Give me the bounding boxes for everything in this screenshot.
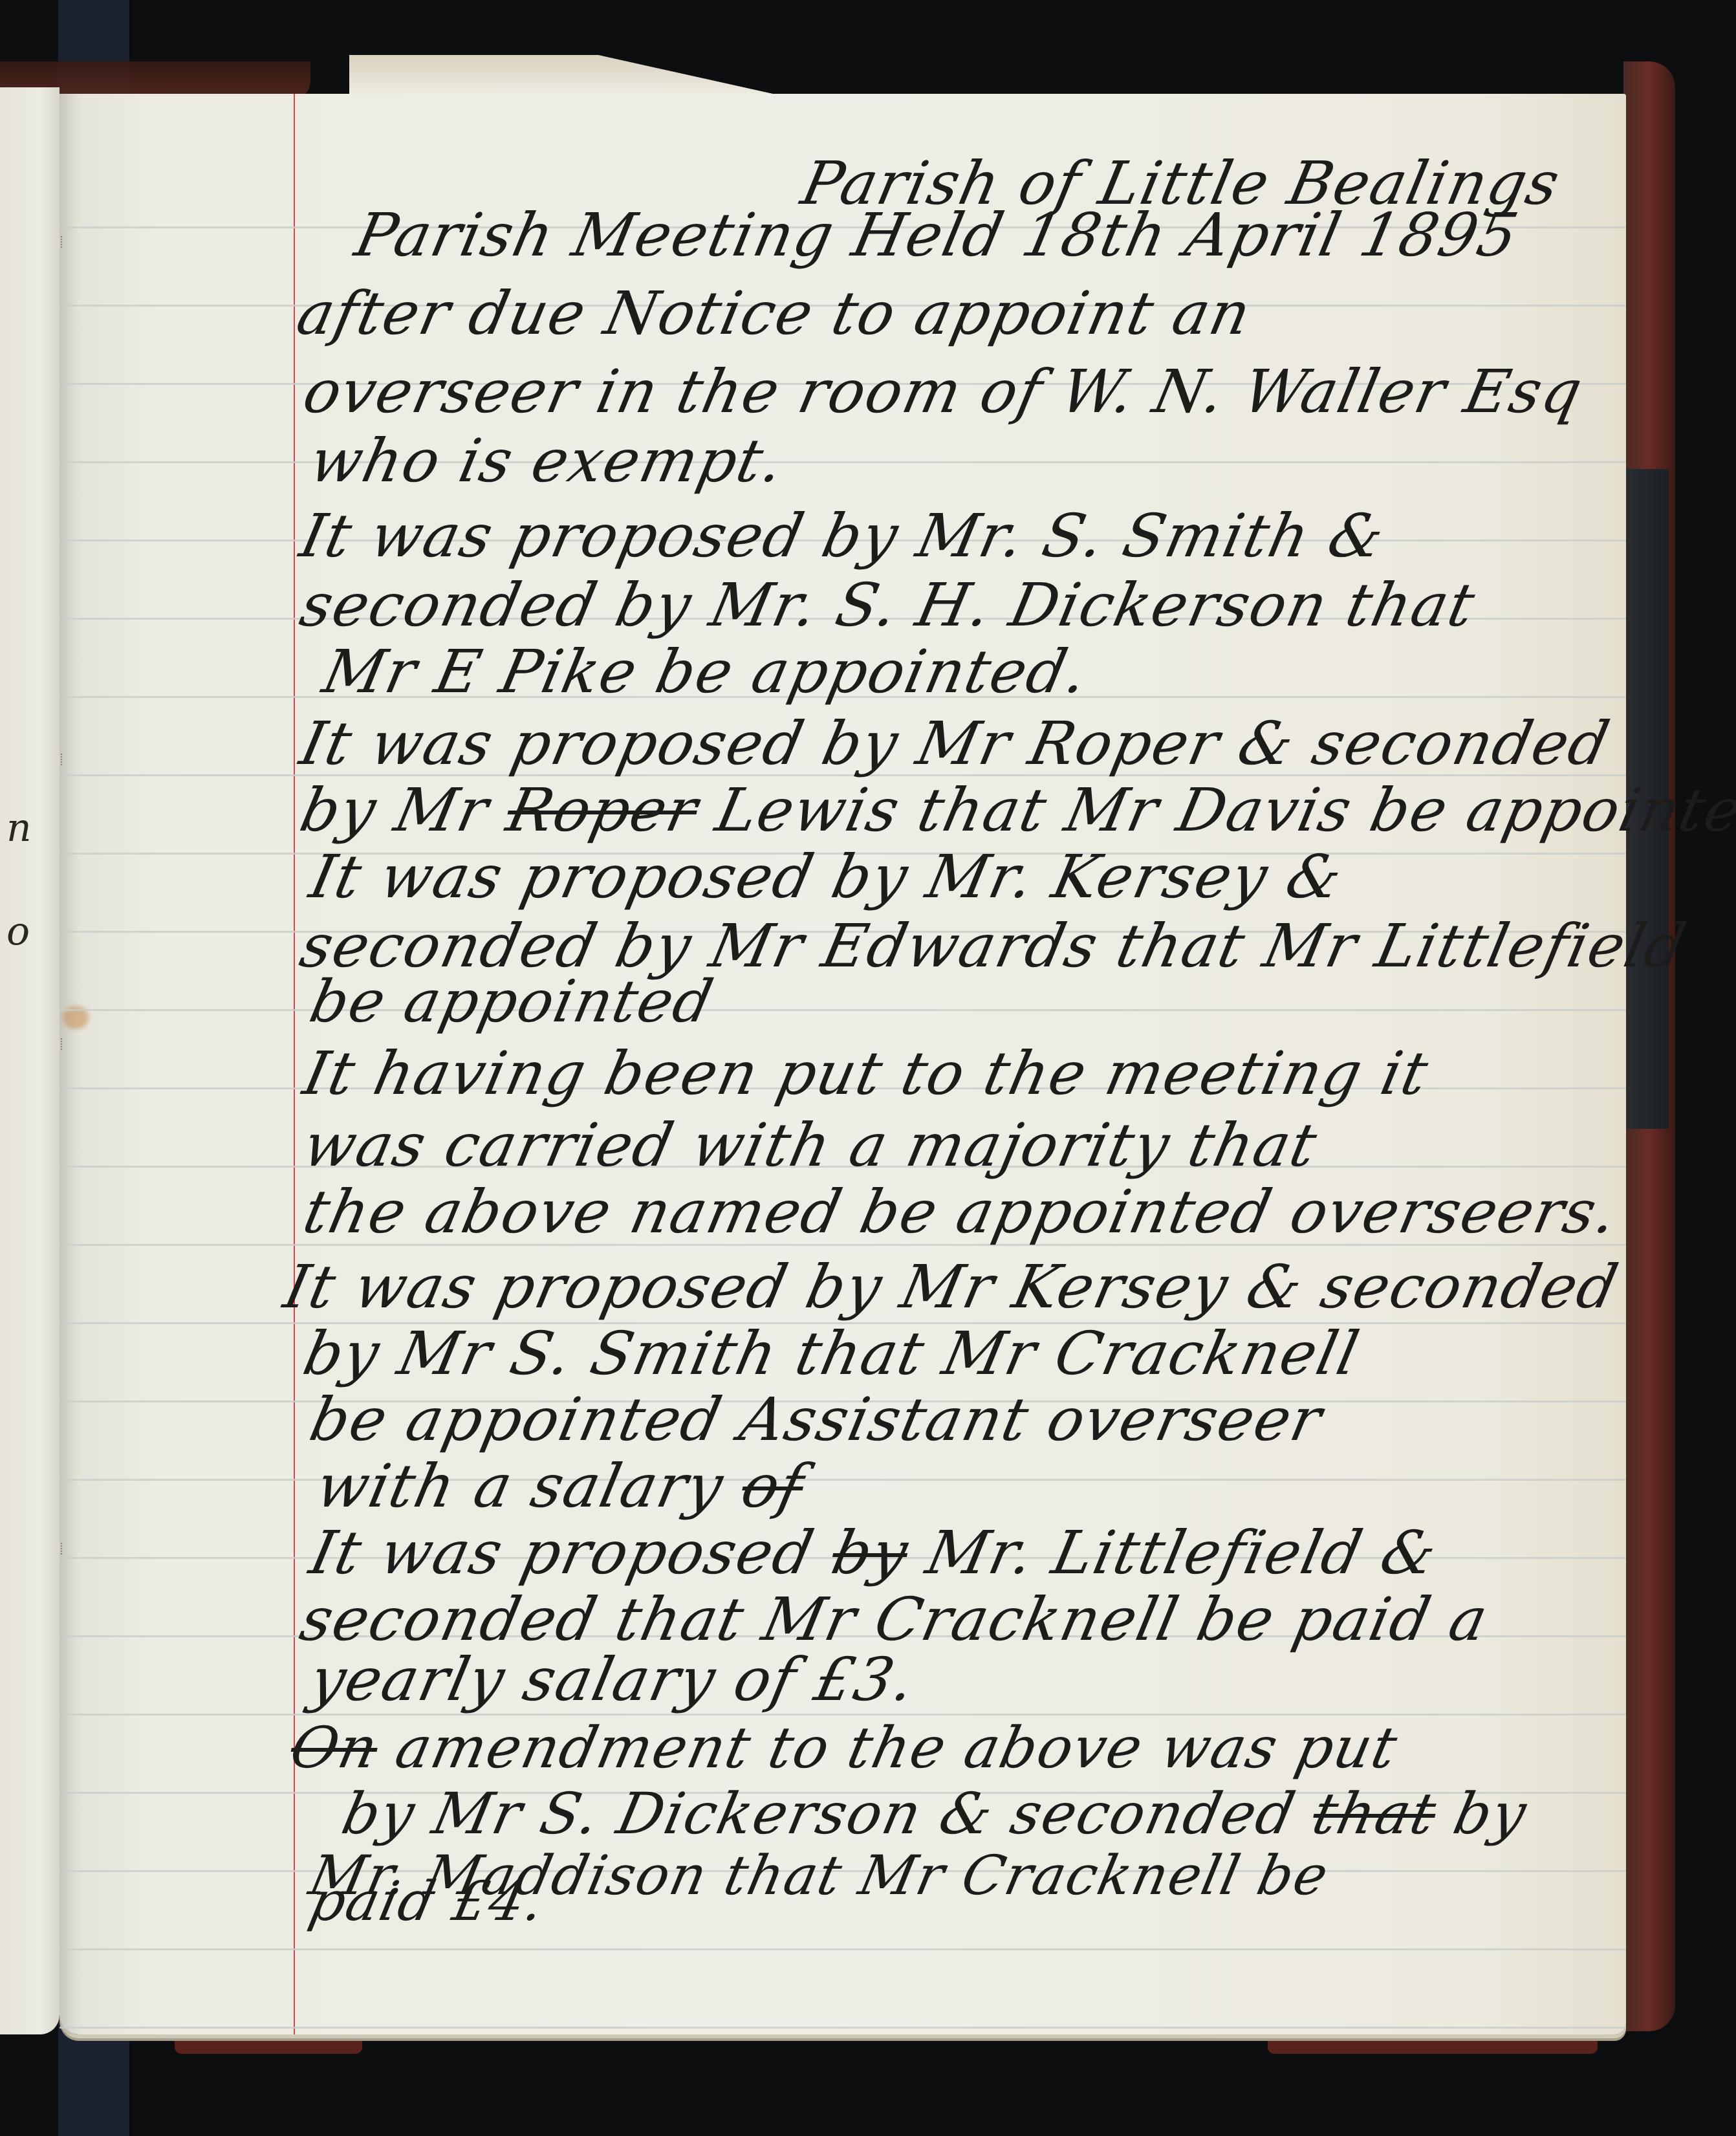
handwritten-line: seconded that Mr Cracknell be paid a <box>294 1585 1495 1654</box>
left-page-fragment: n <box>6 805 32 851</box>
handwritten-line: It was proposed by Mr. Kersey & <box>304 842 1349 911</box>
handwritten-line: by Mr S. Dickerson & seconded that by <box>336 1780 1534 1847</box>
handwritten-text: by Mr <box>294 776 515 845</box>
handwritten-line: Mr E Pike be appointed. <box>317 637 1094 706</box>
struck-through-word: On <box>285 1714 385 1781</box>
struck-through-word: by <box>826 1518 915 1587</box>
handwritten-line: Parish Meeting Held 18th April 1895 <box>349 201 1525 270</box>
ruled-line <box>60 1948 1626 1950</box>
leather-cover-right-edge <box>1623 61 1675 2031</box>
handwritten-line: who is exempt. <box>304 426 790 496</box>
handwritten-text: by <box>1429 1780 1534 1847</box>
binding-stitch <box>61 754 70 765</box>
ruled-line <box>60 1479 1626 1481</box>
handwritten-line: be appointed <box>304 968 720 1036</box>
handwritten-text: It was proposed <box>304 1518 841 1587</box>
handwritten-line: yearly salary of £3. <box>304 1645 922 1714</box>
handwritten-line: It having been put to the meeting it <box>298 1039 1435 1108</box>
handwritten-line: with a salary of <box>310 1452 810 1521</box>
ruled-line <box>60 2027 1626 2029</box>
handwritten-text: by Mr S. Dickerson & seconded <box>336 1780 1321 1847</box>
ruled-line <box>60 461 1626 463</box>
handwritten-line: It was proposed by Mr. S. Smith & <box>294 501 1391 571</box>
handwritten-line: seconded by Mr. S. H. Dickerson that <box>294 571 1482 640</box>
handwritten-text: Lewis that Mr Davis be appointed <box>690 776 1736 845</box>
handwritten-line: by Mr S. Smith that Mr Cracknell <box>298 1319 1365 1388</box>
left-page-fragment: o <box>6 909 30 954</box>
handwritten-line: was carried with a majority that <box>298 1111 1324 1180</box>
handwritten-line: It was proposed by Mr Kersey & seconded <box>278 1252 1625 1322</box>
handwritten-text: Mr. Littlefield & <box>900 1518 1444 1587</box>
handwritten-line: It was proposed by Mr Roper & seconded <box>294 709 1616 778</box>
binding-stitch <box>61 236 70 248</box>
handwritten-line: be appointed Assistant overseer <box>304 1385 1329 1454</box>
struck-through-word: that <box>1307 1780 1443 1847</box>
handwritten-line: On amendment to the above was put <box>285 1714 1404 1781</box>
handwritten-line: It was proposed by Mr. Littlefield & <box>304 1518 1444 1587</box>
handwritten-text: with a salary <box>310 1452 750 1521</box>
gutter-shadow <box>60 94 79 2034</box>
handwritten-line: overseer in the room of W. N. Waller Esq <box>298 357 1589 426</box>
struck-through-word: Roper <box>501 776 705 845</box>
handwritten-line: paid £4. <box>304 1869 551 1933</box>
handwritten-text: amendment to the above was put <box>371 1714 1404 1781</box>
handwritten-line: after due Notice to appoint an <box>291 279 1257 348</box>
binding-stitch <box>61 1543 70 1554</box>
binding-stitch <box>61 1038 70 1050</box>
handwritten-line: by Mr Roper Lewis that Mr Davis be appoi… <box>294 776 1736 845</box>
left-page: n o <box>0 87 60 2034</box>
ruled-line <box>60 1009 1626 1011</box>
handwritten-line: the above named be appointed overseers. <box>298 1177 1624 1247</box>
